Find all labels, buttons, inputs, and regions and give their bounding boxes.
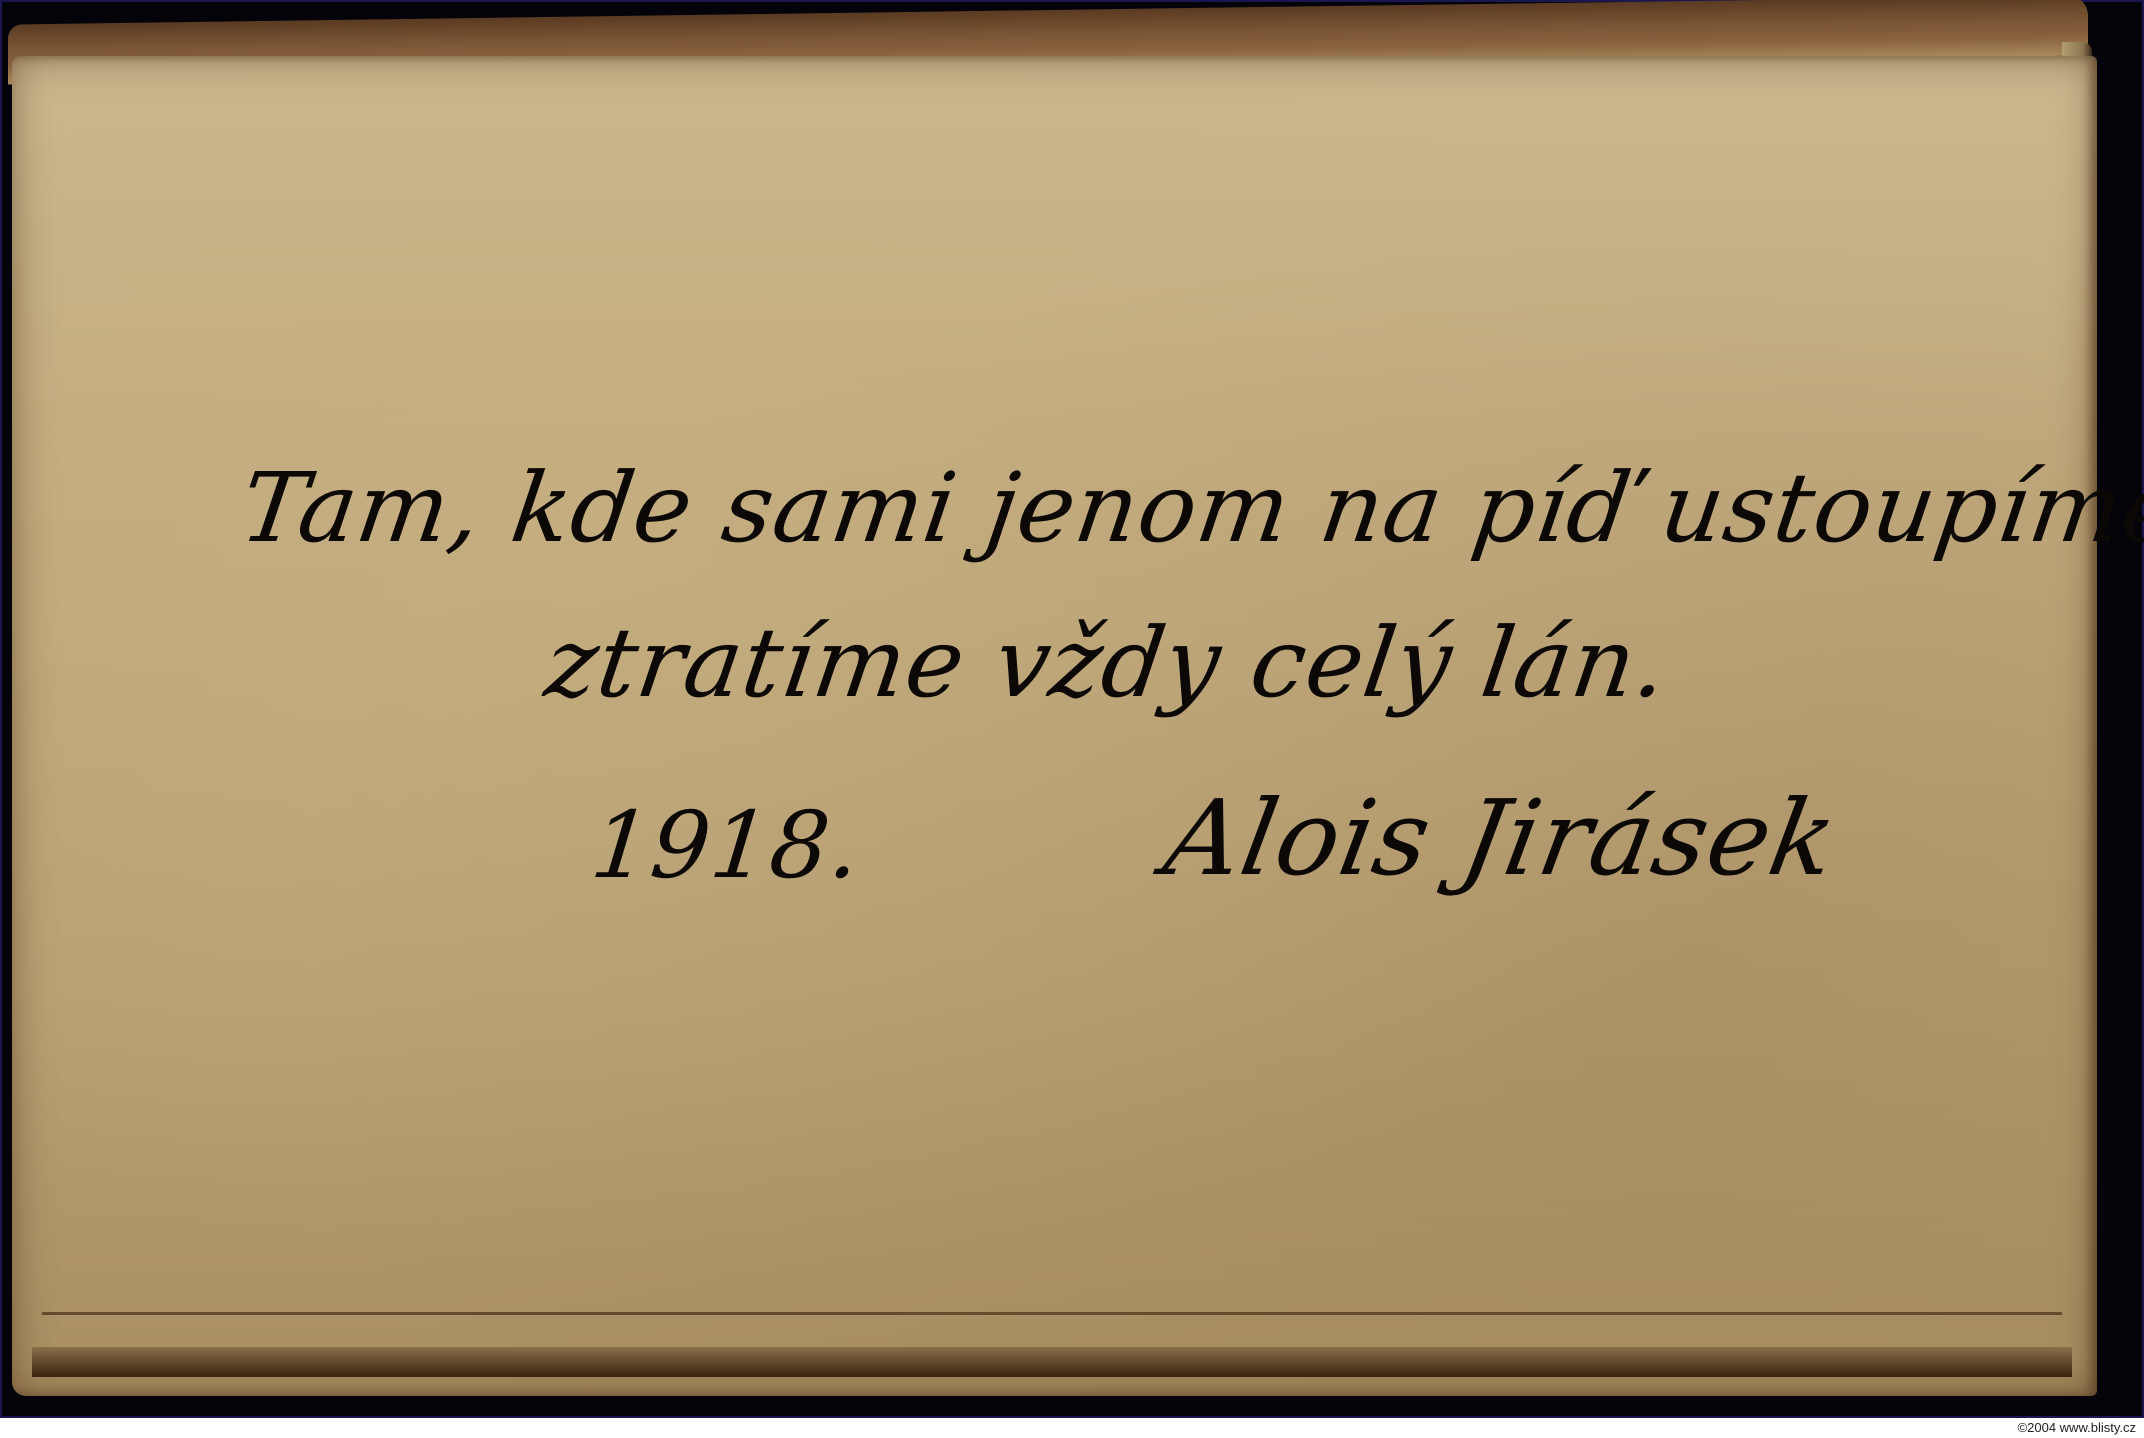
manuscript-year: 1918.	[586, 792, 866, 899]
paper-bottom-crease	[42, 1312, 2062, 1315]
copyright-credit: ©2004 www.blisty.cz	[2018, 1420, 2136, 1435]
author-signature: Alois Jirásek	[1156, 777, 1846, 899]
manuscript-paper	[12, 56, 2097, 1396]
photo-frame: Tam, kde sami jenom na píď ustoupíme, zt…	[0, 0, 2144, 1418]
manuscript-line-1: Tam, kde sami jenom na píď ustoupíme,	[234, 452, 2144, 564]
manuscript-line-2: ztratíme vždy celý lán.	[539, 607, 1675, 719]
paper-bottom-edge	[32, 1347, 2072, 1377]
